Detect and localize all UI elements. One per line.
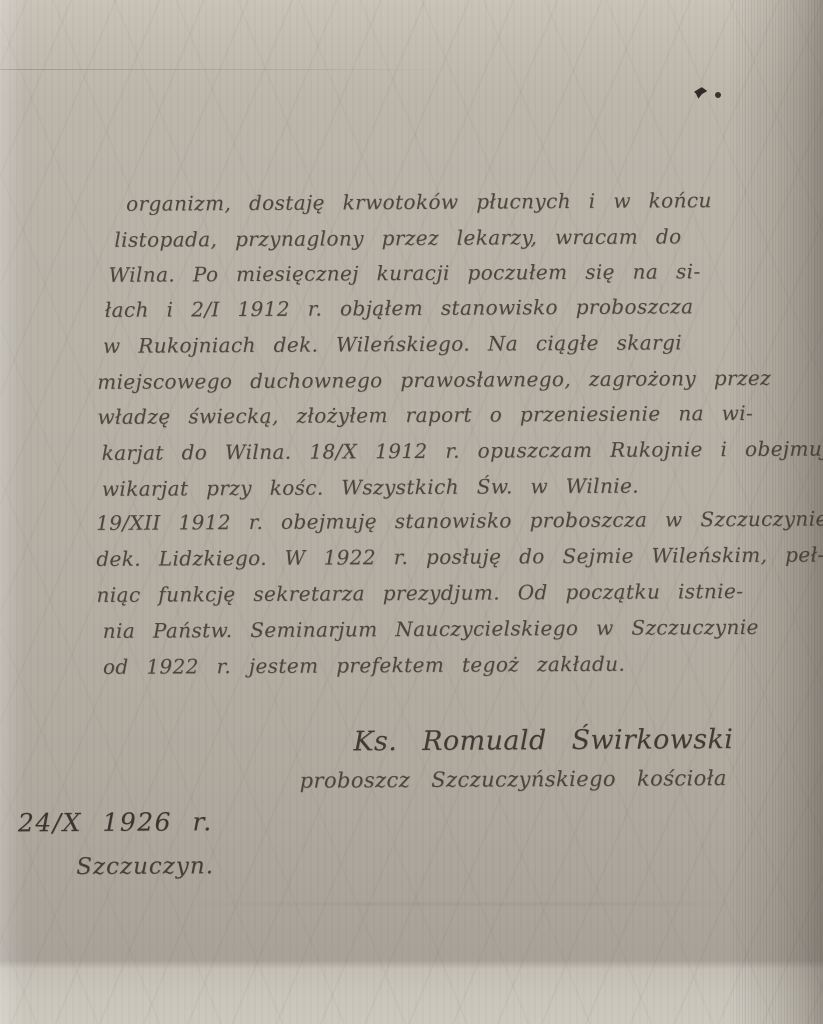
manuscript-line: władzę świecką, złożyłem raport o przeni…	[97, 401, 753, 429]
signature-title: proboszcz Szczuczyńskiego kościoła	[300, 766, 727, 793]
manuscript-line: listopada, przynaglony przez lekarzy, wr…	[114, 224, 681, 251]
manuscript-text: organizm, dostaję krwotoków płucnych i w…	[0, 0, 823, 1024]
dateline-date: 24/X 1926 r.	[18, 807, 213, 837]
manuscript-line: Wilna. Po miesięcznej kuracji poczułem s…	[108, 259, 700, 287]
dateline-place: Szczuczyn.	[76, 853, 214, 880]
document-photo: organizm, dostaję krwotoków płucnych i w…	[0, 0, 823, 1024]
manuscript-line: miejscowego duchownego prawosławnego, za…	[97, 366, 771, 394]
manuscript-line: karjat do Wilna. 18/X 1912 r. opuszczam …	[102, 436, 823, 465]
manuscript-line: w Rukojniach dek. Wileńskiego. Na ciągłe…	[103, 330, 682, 358]
manuscript-line: 19/XII 1912 r. obejmuję stanowisko probo…	[96, 506, 823, 534]
manuscript-line: nia Państw. Seminarjum Nauczycielskiego …	[103, 615, 759, 643]
manuscript-line: niąc funkcję sekretarza prezydjum. Od po…	[96, 579, 743, 607]
manuscript-line: wikarjat przy kośc. Wszystkich Św. w Wil…	[102, 474, 639, 501]
manuscript-line: od 1922 r. jestem prefektem tegoż zakład…	[103, 652, 625, 679]
manuscript-line: organizm, dostaję krwotoków płucnych i w…	[126, 188, 712, 216]
manuscript-line: dek. Lidzkiego. W 1922 r. posłuję do Sej…	[96, 542, 823, 570]
signature-name: Ks. Romuald Świrkowski	[353, 724, 733, 757]
manuscript-line: łach i 2/I 1912 r. objąłem stanowisko pr…	[105, 294, 694, 322]
